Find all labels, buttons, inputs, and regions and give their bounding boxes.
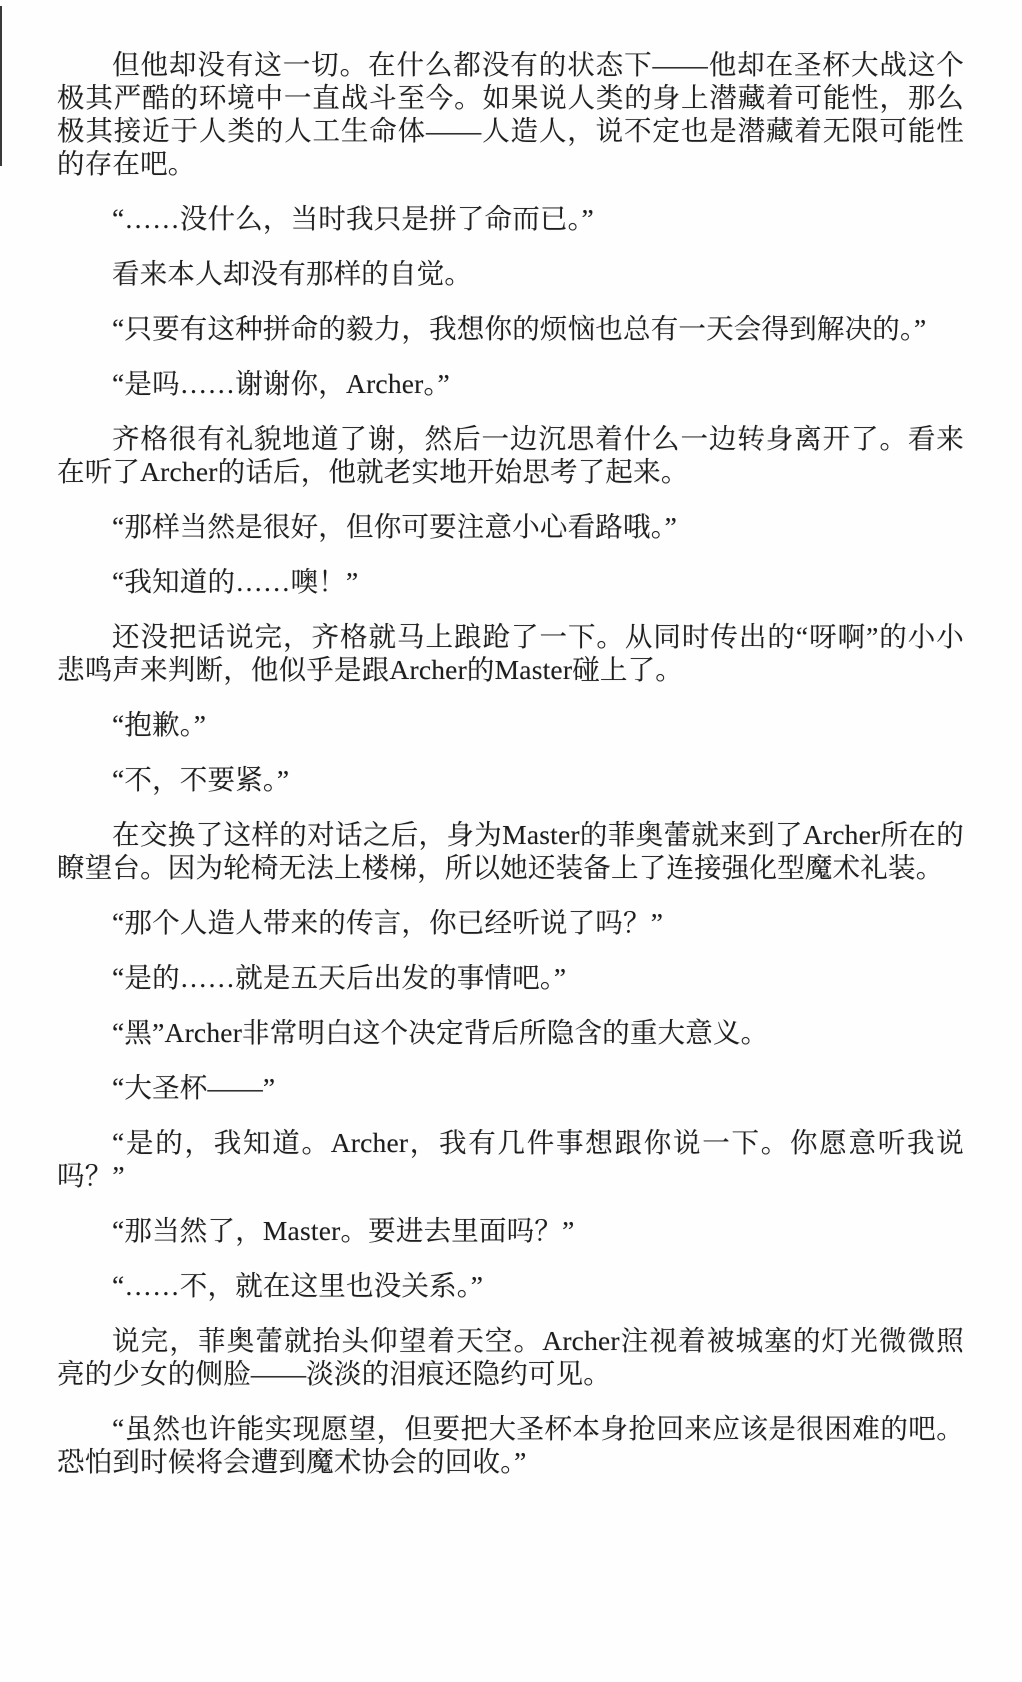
paragraph: “那当然了，Master。要进去里面吗？” (57, 1214, 964, 1247)
paragraph: “……不，就在这里也没关系。” (57, 1269, 964, 1302)
paragraph: 但他却没有这一切。在什么都没有的状态下——他却在圣杯大战这个极其严酷的环境中一直… (57, 48, 964, 180)
paragraph: “只要有这种拼命的毅力，我想你的烦恼也总有一天会得到解决的。” (57, 312, 964, 345)
paragraph: “虽然也许能实现愿望，但要把大圣杯本身抢回来应该是很困难的吧。恐怕到时候将会遭到… (57, 1412, 964, 1478)
novel-page: 但他却没有这一切。在什么都没有的状态下——他却在圣杯大战这个极其严酷的环境中一直… (0, 0, 1022, 1682)
paragraph: “黑”Archer非常明白这个决定背后所隐含的重大意义。 (57, 1016, 964, 1049)
paragraph: “是的，我知道。Archer，我有几件事想跟你说一下。你愿意听我说吗？” (57, 1126, 964, 1192)
paragraph: “是的……就是五天后出发的事情吧。” (57, 961, 964, 994)
paragraph: 看来本人却没有那样的自觉。 (57, 257, 964, 290)
paragraph: “是吗……谢谢你，Archer。” (57, 367, 964, 400)
paragraph: “抱歉。” (57, 708, 964, 741)
paragraph: “我知道的……噢！” (57, 565, 964, 598)
paragraph: 说完，菲奥蕾就抬头仰望着天空。Archer注视着被城塞的灯光微微照亮的少女的侧脸… (57, 1324, 964, 1390)
paragraph: 在交换了这样的对话之后，身为Master的菲奥蕾就来到了Archer所在的瞭望台… (57, 818, 964, 884)
paragraph: “那个人造人带来的传言，你已经听说了吗？” (57, 906, 964, 939)
paragraph: “不，不要紧。” (57, 763, 964, 796)
paragraph: “大圣杯——” (57, 1071, 964, 1104)
paragraph: 还没把话说完，齐格就马上踉跄了一下。从同时传出的“呀啊”的小小悲鸣声来判断，他似… (57, 620, 964, 686)
scan-edge-artifact (0, 6, 2, 166)
paragraph-list: 但他却没有这一切。在什么都没有的状态下——他却在圣杯大战这个极其严酷的环境中一直… (57, 48, 964, 1478)
paragraph: “……没什么，当时我只是拼了命而已。” (57, 202, 964, 235)
paragraph: 齐格很有礼貌地道了谢，然后一边沉思着什么一边转身离开了。看来在听了Archer的… (57, 422, 964, 488)
paragraph: “那样当然是很好，但你可要注意小心看路哦。” (57, 510, 964, 543)
